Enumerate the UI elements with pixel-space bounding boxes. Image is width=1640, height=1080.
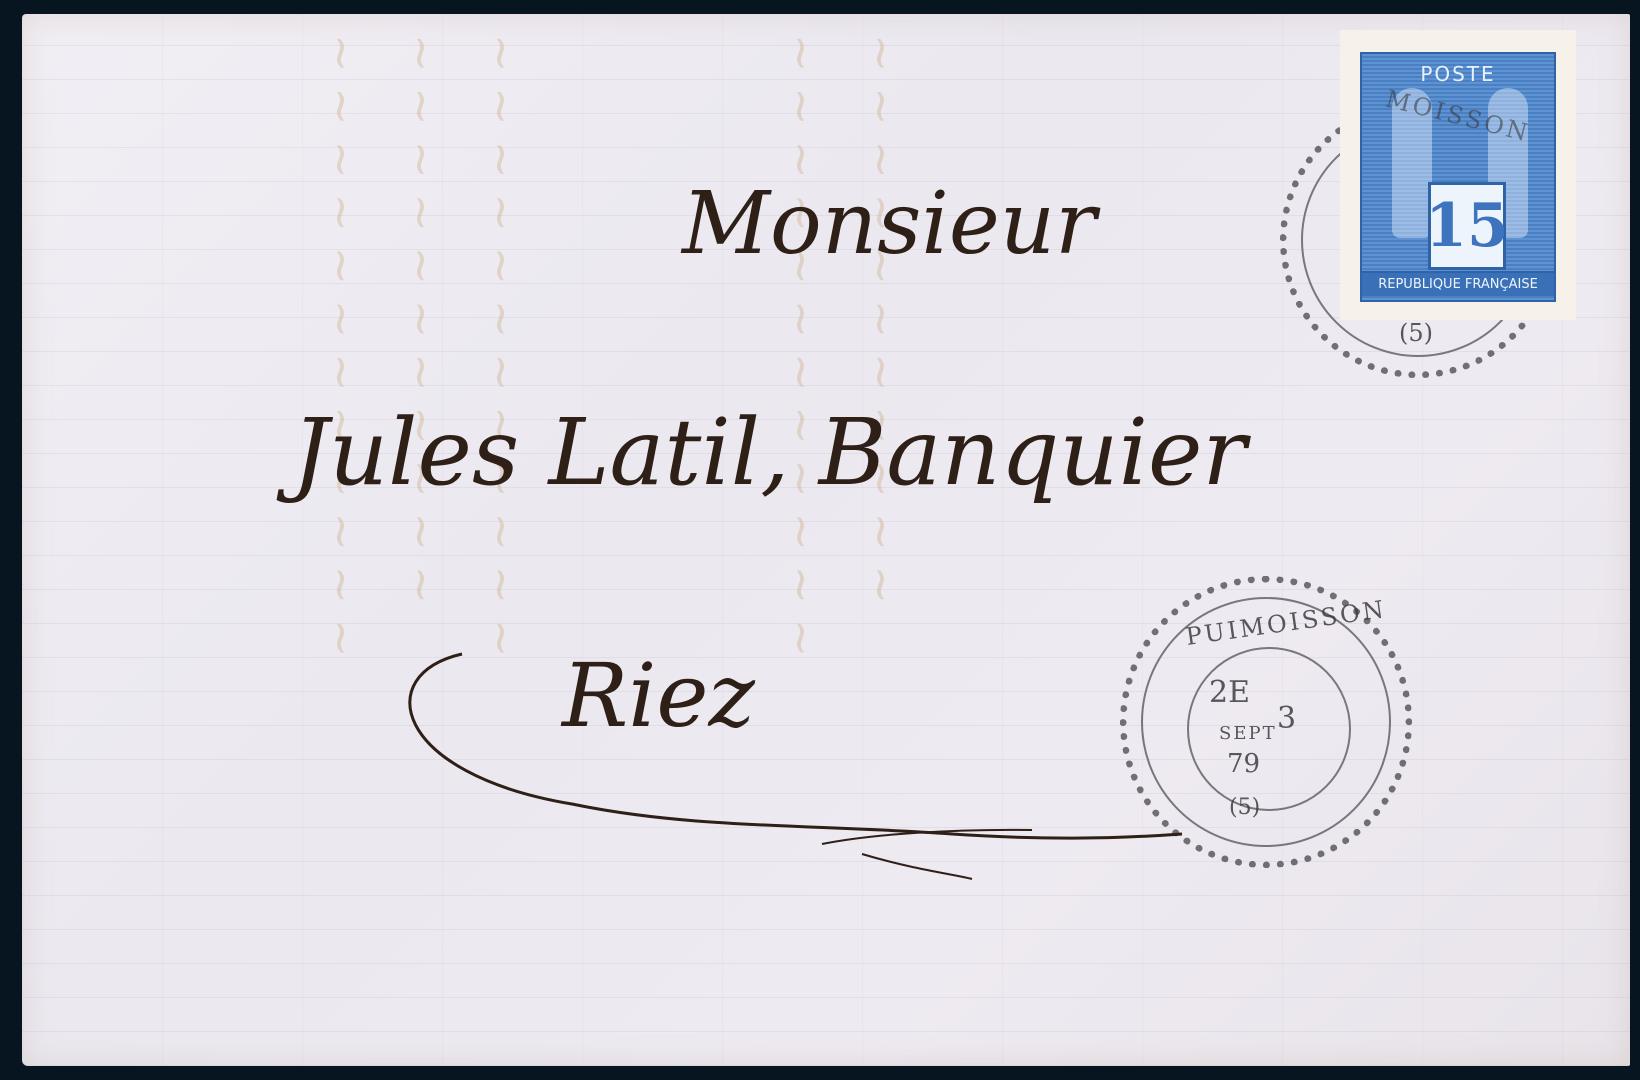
stamp-value-box: 15 (1428, 182, 1506, 270)
postage-stamp: POSTE 15 REPUBLIQUE FRANÇAISE (1340, 30, 1576, 320)
postmark-collection: 2E (1209, 675, 1250, 710)
stamp-bottom-text: REPUBLIQUE FRANÇAISE (1362, 271, 1554, 296)
postmark-day: 3 (1277, 701, 1296, 736)
postmark-department: (5) (1229, 795, 1260, 820)
stamp-value: 15 (1425, 191, 1509, 261)
address-recipient: Jules Latil, Banquier (292, 399, 1246, 506)
postmark-month: SEPT (1219, 723, 1277, 744)
show-through-writing: ~ ~ ~ ~ ~ ~ ~ ~ ~ ~ ~ ~ ~ ~ ~ ~ ~ ~ ~ ~ … (762, 34, 922, 657)
address-salutation: Monsieur (682, 174, 1096, 274)
show-through-writing: ~ ~ ~ ~ ~ ~ ~ ~ ~ ~ ~ ~ ~ ~ ~ ~ ~ ~ ~ ~ … (302, 34, 542, 657)
postmark-department: (5) (1399, 319, 1433, 347)
handwritten-flourish (392, 634, 1212, 894)
stamp-top-text: POSTE (1362, 62, 1554, 86)
postal-cover: ~ ~ ~ ~ ~ ~ ~ ~ ~ ~ ~ ~ ~ ~ ~ ~ ~ ~ ~ ~ … (22, 14, 1630, 1066)
postmark-year: 79 (1227, 749, 1260, 779)
